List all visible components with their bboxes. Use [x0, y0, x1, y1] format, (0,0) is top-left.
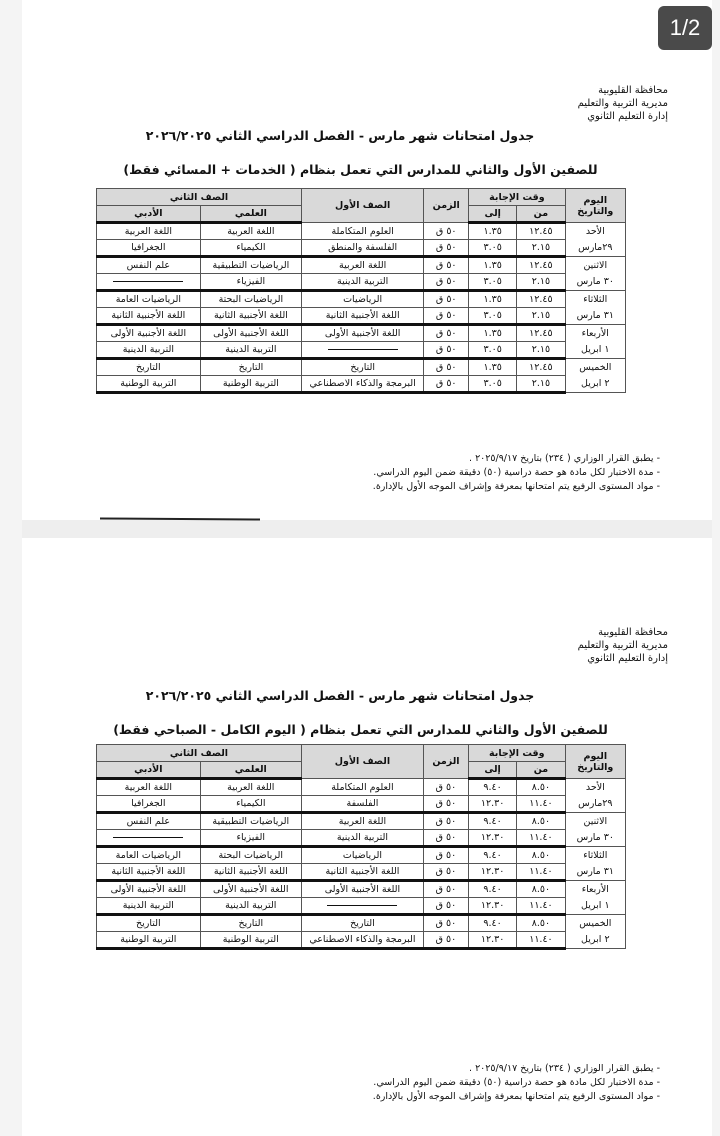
scientific-subject: الكيمياء: [200, 240, 301, 257]
day-date-cell: الخميس٢ ابريل: [565, 359, 625, 393]
literary-subject: التاريخ: [97, 915, 201, 932]
time-to: ١٢.٣٠: [468, 864, 516, 881]
time-from: ٨.٥٠: [517, 881, 565, 898]
duration: ٥٠ ق: [423, 898, 468, 915]
time-to: ١.٣٥: [469, 291, 517, 308]
note-item: يطبق القرار الوزاري ( ٢٣٤) بتاريخ ٢٠٢٥/٩…: [373, 452, 660, 466]
duration: ٥٠ ق: [423, 915, 468, 932]
time-from: ٢.١٥: [517, 342, 565, 359]
empty-dash: [327, 905, 397, 906]
empty-dash: [113, 837, 183, 838]
grade1-subject: اللغة العربية: [301, 813, 423, 830]
literary-subject: اللغة الأجنبية الثانية: [97, 864, 201, 881]
table-row: ١١.٤٠١٢.٣٠٥٠ قاللغة الأجنبية الثانيةاللغ…: [97, 864, 626, 881]
sheet2-subtitle: للصفين الأول والثاني للمدارس التي تعمل ب…: [88, 722, 633, 737]
duration: ٥٠ ق: [423, 796, 468, 813]
time-from: ١٢.٤٥: [517, 291, 565, 308]
time-from: ١١.٤٠: [517, 796, 565, 813]
col-grade1: الصف الأول: [302, 189, 424, 223]
day-date-cell: الأحد٢٩مارس: [565, 223, 625, 257]
sheet1-notes: يطبق القرار الوزاري ( ٢٣٤) بتاريخ ٢٠٢٥/٩…: [373, 452, 660, 494]
day-date-cell: الثلاثاء٣١ مارس: [565, 291, 625, 325]
scientific-subject: اللغة الأجنبية الأولى: [200, 881, 301, 898]
grade1-subject: اللغة الأجنبية الأولى: [301, 881, 423, 898]
sheet1-title: جدول امتحانات شهر مارس - الفصل الدراسي ا…: [90, 128, 590, 143]
table-row: ٢.١٥٣.٠٥٥٠ قالبرمجة والذكاء الاصطناعيالت…: [97, 376, 626, 393]
time-to: ٣.٠٥: [469, 342, 517, 359]
duration: ٥٠ ق: [423, 779, 468, 796]
day-date-cell: الأربعاء١ ابريل: [565, 325, 625, 359]
date-label: ٢٩مارس: [568, 240, 623, 256]
col-scientific: العلمي: [200, 206, 301, 223]
duration: ٥٠ ق: [424, 376, 469, 393]
literary-subject-empty: [97, 274, 201, 291]
administration-label: إدارة التعليم الثانوي: [578, 652, 668, 665]
table-row: ١١.٤٠١٢.٣٠٥٠ قالبرمجة والذكاء الاصطناعيا…: [97, 932, 626, 949]
date-label: ٣١ مارس: [568, 308, 623, 324]
grade1-subject: اللغة الأجنبية الثانية: [302, 308, 424, 325]
time-from: ١٢.٤٥: [517, 325, 565, 342]
table-row: ٢.١٥٣.٠٥٥٠ قالتربية الدينيةالتربية الدين…: [97, 342, 626, 359]
table-row: الأربعاء١ ابريل١٢.٤٥١.٣٥٥٠ قاللغة الأجنب…: [97, 325, 626, 342]
time-to: ٩.٤٠: [468, 813, 516, 830]
time-to: ٩.٤٠: [468, 847, 516, 864]
time-to: ٣.٠٥: [469, 240, 517, 257]
time-to: ٣.٠٥: [469, 308, 517, 325]
time-to: ١.٣٥: [469, 223, 517, 240]
note-item: مواد المستوى الرفيع يتم امتحانها بمعرفة …: [373, 480, 660, 494]
literary-subject: علم النفس: [97, 257, 201, 274]
scientific-subject: الرياضيات التطبيقية: [200, 257, 301, 274]
table-row: الاثنين٣٠ مارس٨.٥٠٩.٤٠٥٠ قاللغة العربيةا…: [97, 813, 626, 830]
administration-label: إدارة التعليم الثانوي: [578, 110, 668, 123]
col-duration: الزمن: [423, 745, 468, 779]
day-name: الأربعاء: [568, 882, 623, 898]
col-grade1: الصف الأول: [301, 745, 423, 779]
table-row: ٢.١٥٣.٠٥٥٠ قالفلسفة والمنطقالكيمياءالجغر…: [97, 240, 626, 257]
col-to: إلى: [468, 762, 516, 779]
col-from: من: [517, 762, 565, 779]
date-label: ١ ابريل: [568, 898, 623, 914]
table-row: ١١.٤٠١٢.٣٠٥٠ قالتربية الدينيةالفيزياء: [97, 830, 626, 847]
sheet1-schedule-table: اليوم والتاريخوقت الإجابةالزمنالصف الأول…: [96, 188, 626, 394]
time-to: ١.٣٥: [469, 325, 517, 342]
grade1-subject: اللغة الأجنبية الثانية: [301, 864, 423, 881]
day-name: الثلاثاء: [568, 848, 623, 864]
grade1-subject: الرياضيات: [302, 291, 424, 308]
time-from: ٢.١٥: [517, 274, 565, 291]
note-item: مدة الاختبار لكل مادة هو حصة دراسية (٥٠)…: [373, 466, 660, 480]
grade1-subject: التاريخ: [301, 915, 423, 932]
grade1-subject: التربية الدينية: [301, 830, 423, 847]
scientific-subject: اللغة العربية: [200, 223, 301, 240]
literary-subject: اللغة الأجنبية الثانية: [97, 308, 201, 325]
date-label: ٢٩مارس: [568, 796, 623, 812]
day-date-cell: الخميس٢ ابريل: [565, 915, 625, 949]
grade1-subject: البرمجة والذكاء الاصطناعي: [301, 932, 423, 949]
note-item: مدة الاختبار لكل مادة هو حصة دراسية (٥٠)…: [373, 1076, 660, 1090]
grade1-subject: العلوم المتكاملة: [301, 779, 423, 796]
time-from: ٨.٥٠: [517, 779, 565, 796]
sheet2-title: جدول امتحانات شهر مارس - الفصل الدراسي ا…: [90, 688, 590, 703]
time-from: ٨.٥٠: [517, 813, 565, 830]
time-from: ١٢.٤٥: [517, 359, 565, 376]
note-item: يطبق القرار الوزاري ( ٢٣٤) بتاريخ ٢٠٢٥/٩…: [373, 1062, 660, 1076]
time-to: ٣.٠٥: [469, 376, 517, 393]
time-from: ٨.٥٠: [517, 847, 565, 864]
grade1-subject: اللغة الأجنبية الأولى: [302, 325, 424, 342]
governorate-label: محافظة القليوبية: [578, 626, 668, 639]
grade1-subject: الرياضيات: [301, 847, 423, 864]
scientific-subject: التربية الدينية: [200, 898, 301, 915]
grade1-subject: الفلسفة والمنطق: [302, 240, 424, 257]
grade1-subject: البرمجة والذكاء الاصطناعي: [302, 376, 424, 393]
literary-subject: اللغة الأجنبية الأولى: [97, 881, 201, 898]
scientific-subject: الرياضيات البحتة: [200, 291, 301, 308]
sheet2-notes: يطبق القرار الوزاري ( ٢٣٤) بتاريخ ٢٠٢٥/٩…: [373, 1062, 660, 1104]
time-from: ١١.٤٠: [517, 898, 565, 915]
directorate-label: مديرية التربية والتعليم: [578, 97, 668, 110]
scientific-subject: الرياضيات البحتة: [200, 847, 301, 864]
duration: ٥٠ ق: [424, 223, 469, 240]
scientific-subject: اللغة الأجنبية الثانية: [200, 308, 301, 325]
col-answer-time: وقت الإجابة: [468, 745, 565, 762]
scientific-subject: التربية الوطنية: [200, 932, 301, 949]
day-date-cell: الأحد٢٩مارس: [565, 779, 625, 813]
table-row: الأحد٢٩مارس٨.٥٠٩.٤٠٥٠ قالعلوم المتكاملةا…: [97, 779, 626, 796]
scientific-subject: اللغة الأجنبية الثانية: [200, 864, 301, 881]
scientific-subject: التربية الدينية: [200, 342, 301, 359]
directorate-label: مديرية التربية والتعليم: [578, 639, 668, 652]
duration: ٥٠ ق: [423, 847, 468, 864]
literary-subject: اللغة العربية: [97, 223, 201, 240]
col-grade2: الصف الثاني: [97, 189, 302, 206]
day-name: الأربعاء: [568, 326, 623, 342]
grade1-subject: العلوم المتكاملة: [302, 223, 424, 240]
scientific-subject: الرياضيات التطبيقية: [200, 813, 301, 830]
literary-subject: اللغة العربية: [97, 779, 201, 796]
table-row: الخميس٢ ابريل١٢.٤٥١.٣٥٥٠ قالتاريخالتاريخ…: [97, 359, 626, 376]
col-duration: الزمن: [424, 189, 469, 223]
literary-subject: التربية الدينية: [97, 342, 201, 359]
scientific-subject: التاريخ: [200, 359, 301, 376]
time-to: ٩.٤٠: [468, 915, 516, 932]
table-row: ٢.١٥٣.٠٥٥٠ قاللغة الأجنبية الثانيةاللغة …: [97, 308, 626, 325]
time-from: ٢.١٥: [517, 308, 565, 325]
time-from: ١١.٤٠: [517, 932, 565, 949]
literary-subject: التاريخ: [97, 359, 201, 376]
table-row: الخميس٢ ابريل٨.٥٠٩.٤٠٥٠ قالتاريخالتاريخا…: [97, 915, 626, 932]
table-row: ١١.٤٠١٢.٣٠٥٠ قالتربية الدينيةالتربية الد…: [97, 898, 626, 915]
time-from: ١١.٤٠: [517, 864, 565, 881]
duration: ٥٠ ق: [424, 325, 469, 342]
col-grade2: الصف الثاني: [97, 745, 302, 762]
col-from: من: [517, 206, 565, 223]
scientific-subject: الفيزياء: [200, 274, 301, 291]
date-label: ٣١ مارس: [568, 864, 623, 880]
literary-subject: الرياضيات العامة: [97, 847, 201, 864]
table-row: الاثنين٣٠ مارس١٢.٤٥١.٣٥٥٠ قاللغة العربية…: [97, 257, 626, 274]
table-row: ١١.٤٠١٢.٣٠٥٠ قالفلسفةالكيمياءالجغرافيا: [97, 796, 626, 813]
date-label: ١ ابريل: [568, 342, 623, 358]
table-row: ٢.١٥٣.٠٥٥٠ قالتربية الدينيةالفيزياء: [97, 274, 626, 291]
literary-subject: الرياضيات العامة: [97, 291, 201, 308]
empty-dash: [113, 281, 183, 282]
table-row: الثلاثاء٣١ مارس١٢.٤٥١.٣٥٥٠ قالرياضياتالر…: [97, 291, 626, 308]
date-label: ٣٠ مارس: [568, 274, 623, 290]
scientific-subject: التربية الوطنية: [200, 376, 301, 393]
day-name: الأحد: [568, 224, 623, 240]
literary-subject: الجغرافيا: [97, 796, 201, 813]
page-divider: [22, 520, 712, 538]
scientific-subject: اللغة العربية: [200, 779, 301, 796]
col-literary: الأدبي: [97, 762, 201, 779]
time-to: ١٢.٣٠: [468, 830, 516, 847]
duration: ٥٠ ق: [423, 830, 468, 847]
time-from: ١١.٤٠: [517, 830, 565, 847]
grade1-subject-empty: [301, 898, 423, 915]
duration: ٥٠ ق: [424, 257, 469, 274]
col-to: إلى: [469, 206, 517, 223]
literary-subject: علم النفس: [97, 813, 201, 830]
day-date-cell: الاثنين٣٠ مارس: [565, 813, 625, 847]
sheet1-subtitle: للصفين الأول والثاني للمدارس التي تعمل ب…: [88, 162, 633, 177]
col-scientific: العلمي: [200, 762, 301, 779]
duration: ٥٠ ق: [423, 932, 468, 949]
duration: ٥٠ ق: [424, 308, 469, 325]
table-row: الأحد٢٩مارس١٢.٤٥١.٣٥٥٠ قالعلوم المتكاملة…: [97, 223, 626, 240]
time-to: ١.٣٥: [469, 359, 517, 376]
governorate-label: محافظة القليوبية: [578, 84, 668, 97]
grade1-subject: التاريخ: [302, 359, 424, 376]
day-date-cell: الأربعاء١ ابريل: [565, 881, 625, 915]
grade1-subject: التربية الدينية: [302, 274, 424, 291]
col-answer-time: وقت الإجابة: [469, 189, 565, 206]
date-label: ٢ ابريل: [568, 932, 623, 948]
day-name: الخميس: [568, 360, 623, 376]
time-to: ٣.٠٥: [469, 274, 517, 291]
scientific-subject: التاريخ: [200, 915, 301, 932]
scientific-subject: الفيزياء: [200, 830, 301, 847]
time-to: ٩.٤٠: [468, 779, 516, 796]
grade1-subject: الفلسفة: [301, 796, 423, 813]
day-date-cell: الاثنين٣٠ مارس: [565, 257, 625, 291]
time-to: ٩.٤٠: [468, 881, 516, 898]
duration: ٥٠ ق: [424, 342, 469, 359]
time-from: ٨.٥٠: [517, 915, 565, 932]
sheet2-schedule-table: اليوم والتاريخوقت الإجابةالزمنالصف الأول…: [96, 744, 626, 950]
day-name: الاثنين: [568, 258, 623, 274]
literary-subject-empty: [97, 830, 201, 847]
empty-dash: [328, 349, 398, 350]
table-row: الثلاثاء٣١ مارس٨.٥٠٩.٤٠٥٠ قالرياضياتالري…: [97, 847, 626, 864]
scientific-subject: الكيمياء: [200, 796, 301, 813]
date-label: ٣٠ مارس: [568, 830, 623, 846]
time-to: ١٢.٣٠: [468, 796, 516, 813]
literary-subject: التربية الوطنية: [97, 376, 201, 393]
page-indicator: 1/2: [658, 6, 712, 50]
time-from: ١٢.٤٥: [517, 257, 565, 274]
table-row: الأربعاء١ ابريل٨.٥٠٩.٤٠٥٠ قاللغة الأجنبي…: [97, 881, 626, 898]
sheet2-header: محافظة القليوبية مديرية التربية والتعليم…: [578, 626, 668, 665]
note-item: مواد المستوى الرفيع يتم امتحانها بمعرفة …: [373, 1090, 660, 1104]
day-name: الأحد: [568, 780, 623, 796]
duration: ٥٠ ق: [423, 864, 468, 881]
grade1-subject-empty: [302, 342, 424, 359]
time-from: ١٢.٤٥: [517, 223, 565, 240]
duration: ٥٠ ق: [424, 274, 469, 291]
duration: ٥٠ ق: [424, 359, 469, 376]
duration: ٥٠ ق: [423, 813, 468, 830]
col-literary: الأدبي: [97, 206, 201, 223]
literary-subject: الجغرافيا: [97, 240, 201, 257]
duration: ٥٠ ق: [424, 291, 469, 308]
literary-subject: اللغة الأجنبية الأولى: [97, 325, 201, 342]
date-label: ٢ ابريل: [568, 376, 623, 392]
day-name: الثلاثاء: [568, 292, 623, 308]
time-to: ١٢.٣٠: [468, 932, 516, 949]
day-date-cell: الثلاثاء٣١ مارس: [565, 847, 625, 881]
grade1-subject: اللغة العربية: [302, 257, 424, 274]
sheet1-header: محافظة القليوبية مديرية التربية والتعليم…: [578, 84, 668, 123]
literary-subject: التربية الدينية: [97, 898, 201, 915]
duration: ٥٠ ق: [423, 881, 468, 898]
time-to: ١.٣٥: [469, 257, 517, 274]
col-day-date: اليوم والتاريخ: [565, 189, 625, 223]
day-name: الاثنين: [568, 814, 623, 830]
col-day-date: اليوم والتاريخ: [565, 745, 625, 779]
time-from: ٢.١٥: [517, 240, 565, 257]
duration: ٥٠ ق: [424, 240, 469, 257]
literary-subject: التربية الوطنية: [97, 932, 201, 949]
time-to: ١٢.٣٠: [468, 898, 516, 915]
day-name: الخميس: [568, 916, 623, 932]
time-from: ٢.١٥: [517, 376, 565, 393]
scientific-subject: اللغة الأجنبية الأولى: [200, 325, 301, 342]
